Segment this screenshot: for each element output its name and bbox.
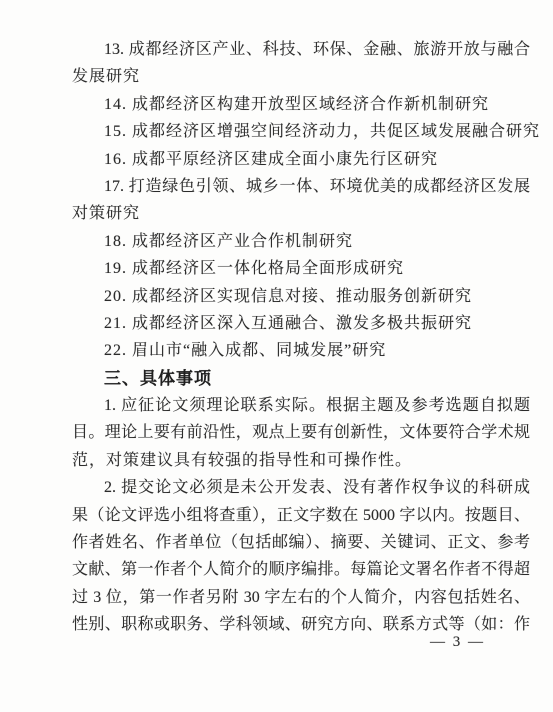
text-line: 13. 成都经济区产业、科技、环保、金融、旅游开放与融合 xyxy=(72,36,530,63)
page-number: — 3 — xyxy=(430,634,485,651)
text-line: 19. 成都经济区一体化格局全面形成研究 xyxy=(72,255,530,282)
text-line: 21. 成都经济区深入互通融合、激发多极共振研究 xyxy=(72,310,530,337)
text-line: 过 3 位，第一作者另附 30 字左右的个人简介，内容包括姓名、 xyxy=(72,584,530,611)
text-line: 14. 成都经济区构建开放型区域经济合作新机制研究 xyxy=(72,91,530,118)
text-line: 17. 打造绿色引领、城乡一体、环境优美的成都经济区发展 xyxy=(72,173,530,200)
text-line: 2. 提交论文必须是未公开发表、没有著作权争议的科研成 xyxy=(72,474,530,501)
text-line: 对策研究 xyxy=(72,200,530,227)
text-line: 20. 成都经济区实现信息对接、推动服务创新研究 xyxy=(72,283,530,310)
document-page: 13. 成都经济区产业、科技、环保、金融、旅游开放与融合发展研究14. 成都经济… xyxy=(0,0,553,712)
text-line: 三、具体事项 xyxy=(72,365,530,392)
text-line: 作者姓名、作者单位（包括邮编）、摘要、关键词、正文、参考 xyxy=(72,529,530,556)
text-line: 18. 成都经济区产业合作机制研究 xyxy=(72,228,530,255)
text-line: 1. 应征论文须理论联系实际。根据主题及参考选题自拟题 xyxy=(72,392,530,419)
text-line: 目。理论上要有前沿性，观点上要有创新性，文体要符合学术规 xyxy=(72,419,530,446)
text-line: 15. 成都经济区增强空间经济动力，共促区域发展融合研究 xyxy=(72,118,530,145)
text-line: 范，对策建议具有较强的指导性和可操作性。 xyxy=(72,447,530,474)
text-line: 16. 成都平原经济区建成全面小康先行区研究 xyxy=(72,146,530,173)
text-line: 文献、第一作者个人简介的顺序编排。每篇论文署名作者不得超 xyxy=(72,556,530,583)
text-line: 发展研究 xyxy=(72,63,530,90)
text-line: 果（论文评选小组将查重），正文字数在 5000 字以内。按题目、 xyxy=(72,502,530,529)
document-body: 13. 成都经济区产业、科技、环保、金融、旅游开放与融合发展研究14. 成都经济… xyxy=(72,36,530,639)
text-line: 22. 眉山市“融入成都、同城发展”研究 xyxy=(72,337,530,364)
